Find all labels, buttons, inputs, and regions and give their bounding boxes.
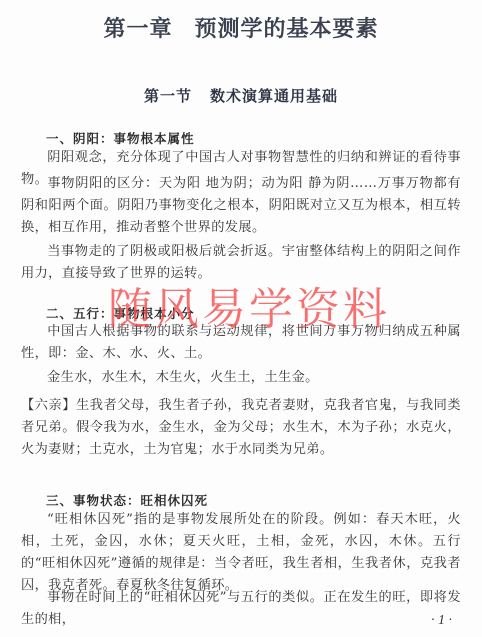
paragraph: “旺相休囚死”指的是事物发展所处在的阶段。例如：春天木旺，火相，土死，金囚，水休…	[21, 509, 461, 597]
section-label: 第一节	[144, 87, 192, 105]
heading-state: 三、事物状态：旺相休囚死	[46, 491, 208, 509]
watermark: 随风易学资料	[108, 273, 390, 337]
paragraph: 事物在时间上的“旺相休囚死”与五行的类似。正在发生的旺，即将发生的相，	[21, 587, 461, 631]
heading-yinyang: 一、阴阳：事物根本属性	[46, 129, 195, 147]
chapter-name: 预测学的基本要素	[195, 16, 379, 42]
section-name: 数术演算通用基础	[210, 87, 338, 105]
paragraph: 金生水，水生木，木生火，火生土，土生金。	[21, 367, 461, 389]
paragraph: 【六亲】生我者父母，我生者子孙，我克者妻财，克我者官鬼，与我同类者兄弟。假令我为…	[21, 395, 461, 461]
page-number: · 1 ·	[431, 613, 452, 629]
chapter-label: 第一章	[103, 16, 172, 42]
section-title: 第一节数术演算通用基础	[0, 85, 482, 106]
paragraph: 事物阴阳的区分：天为阳 地为阴；动为阳 静为阴……万事万物都有阴和阳两个面。阴阳…	[21, 173, 461, 239]
chapter-title: 第一章预测学的基本要素	[0, 12, 482, 43]
